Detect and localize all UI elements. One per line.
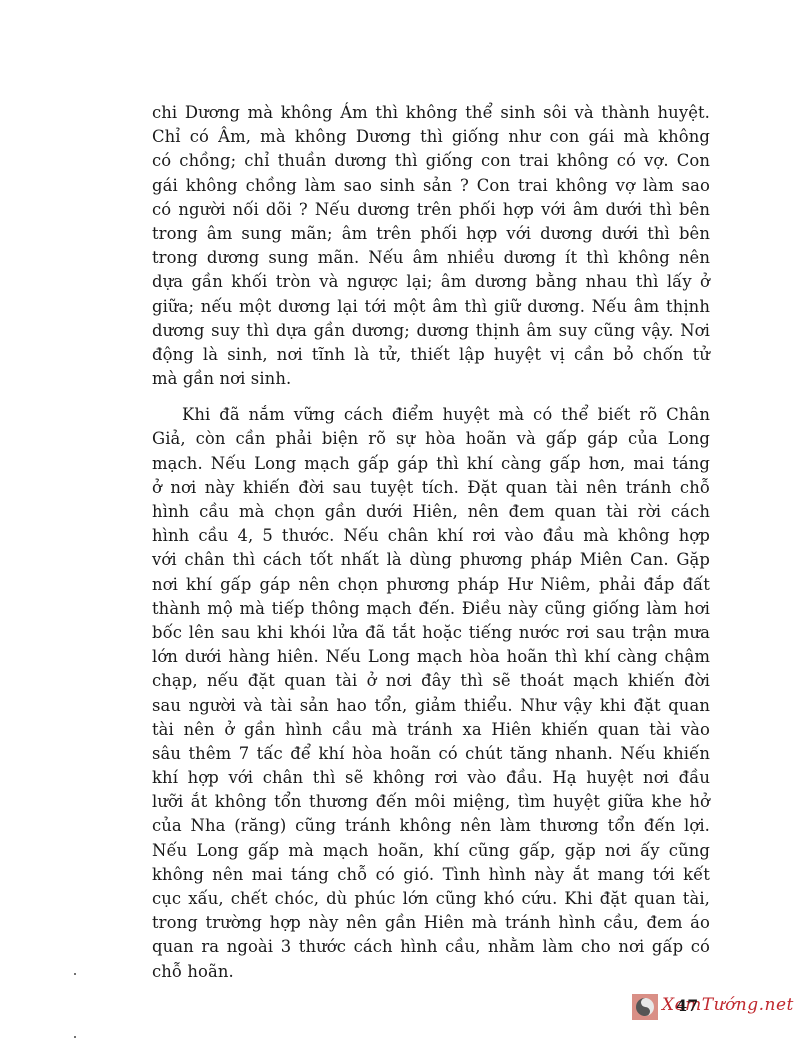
- text-line: trong dương sung mãn. Nếu âm nhiều dương…: [152, 246, 710, 270]
- text-line: quan ra ngoài 3 thước cách hình cầu, nhằ…: [152, 935, 710, 959]
- text-line: với chân thì cách tốt nhất là dùng phươn…: [152, 548, 710, 572]
- paragraph-gap: [152, 391, 710, 403]
- text-line: dương suy thì dựa gần dương; dương thịnh…: [152, 319, 710, 343]
- text-line: chi Dương mà không Ám thì không thể sinh…: [152, 101, 710, 125]
- text-line: ở nơi này khiến đời sau tuyệt tích. Đặt …: [152, 476, 710, 500]
- text-line: động là sinh, nơi tĩnh là tử, thiết lập …: [152, 343, 710, 367]
- text-line: trong âm sung mãn; âm trên phối hợp với …: [152, 222, 710, 246]
- text-line: Khi đã nắm vững cách điểm huyệt mà có th…: [152, 403, 710, 427]
- text-line: nơi khí gấp gáp nên chọn phương pháp Hư …: [152, 573, 710, 597]
- text-line: lớn dưới hàng hiên. Nếu Long mạch hòa ho…: [152, 645, 710, 669]
- text-line: giữa; nếu một dương lại tới một âm thì g…: [152, 295, 710, 319]
- text-line: chỗ hoãn.: [152, 960, 710, 984]
- text-line: sâu thêm 7 tấc để khí hòa hoãn có chút t…: [152, 742, 710, 766]
- text-line: cục xấu, chết chóc, dù phúc lớn cũng khó…: [152, 887, 710, 911]
- paragraph-2: Khi đã nắm vững cách điểm huyệt mà có th…: [152, 403, 710, 984]
- text-line: lưỡi ắt không tổn thương đến môi miệng, …: [152, 790, 710, 814]
- text-line: dựa gần khối tròn và ngược lại; âm dương…: [152, 270, 710, 294]
- page-number: 47: [676, 996, 698, 1015]
- text-line: có chồng; chỉ thuần dương thì giống con …: [152, 149, 710, 173]
- yin-yang-icon: [636, 998, 654, 1016]
- text-line: thành mộ mà tiếp thông mạch đến. Điều nà…: [152, 597, 710, 621]
- text-line: của Nha (răng) cũng tránh không nên làm …: [152, 814, 710, 838]
- paragraph-1: chi Dương mà không Ám thì không thể sinh…: [152, 101, 710, 391]
- text-line: Nếu Long gấp mà mạch hoãn, khí cũng gấp,…: [152, 839, 710, 863]
- text-line: gái không chồng làm sao sinh sản ? Con t…: [152, 174, 710, 198]
- text-line: bốc lên sau khi khói lửa đã tắt hoặc tiế…: [152, 621, 710, 645]
- text-line: sau người và tài sản hao tổn, giảm thiểu…: [152, 694, 710, 718]
- scan-speck: [74, 1036, 76, 1038]
- text-line: có người nối dõi ? Nếu dương trên phối h…: [152, 198, 710, 222]
- watermark-footer: XemTướng.net 47: [632, 992, 797, 1022]
- text-line: chạp, nếu đặt quan tài ở nơi đây thì sẽ …: [152, 669, 710, 693]
- scan-speck: [74, 973, 76, 975]
- text-line: Giả, còn cần phải biện rõ sự hòa hoãn và…: [152, 427, 710, 451]
- text-line: khí hợp với chân thì sẽ không rơi vào đầ…: [152, 766, 710, 790]
- text-line: không nên mai táng chỗ có gió. Tình hình…: [152, 863, 710, 887]
- text-line: trong trường hợp này nên gần Hiên mà trá…: [152, 911, 710, 935]
- text-line: tài nên ở gần hình cầu mà tránh xa Hiên …: [152, 718, 710, 742]
- text-line: mạch. Nếu Long mạch gấp gáp thì khí càng…: [152, 452, 710, 476]
- text-line: hình cầu mà chọn gần dưới Hiên, nên đem …: [152, 500, 710, 524]
- text-line: Chỉ có Âm, mà không Dương thì giống như …: [152, 125, 710, 149]
- text-line: mà gần nơi sinh.: [152, 367, 710, 391]
- watermark-logo: [632, 994, 658, 1020]
- document-page: chi Dương mà không Ám thì không thể sinh…: [152, 101, 710, 984]
- text-line: hình cầu 4, 5 thước. Nếu chân khí rơi và…: [152, 524, 710, 548]
